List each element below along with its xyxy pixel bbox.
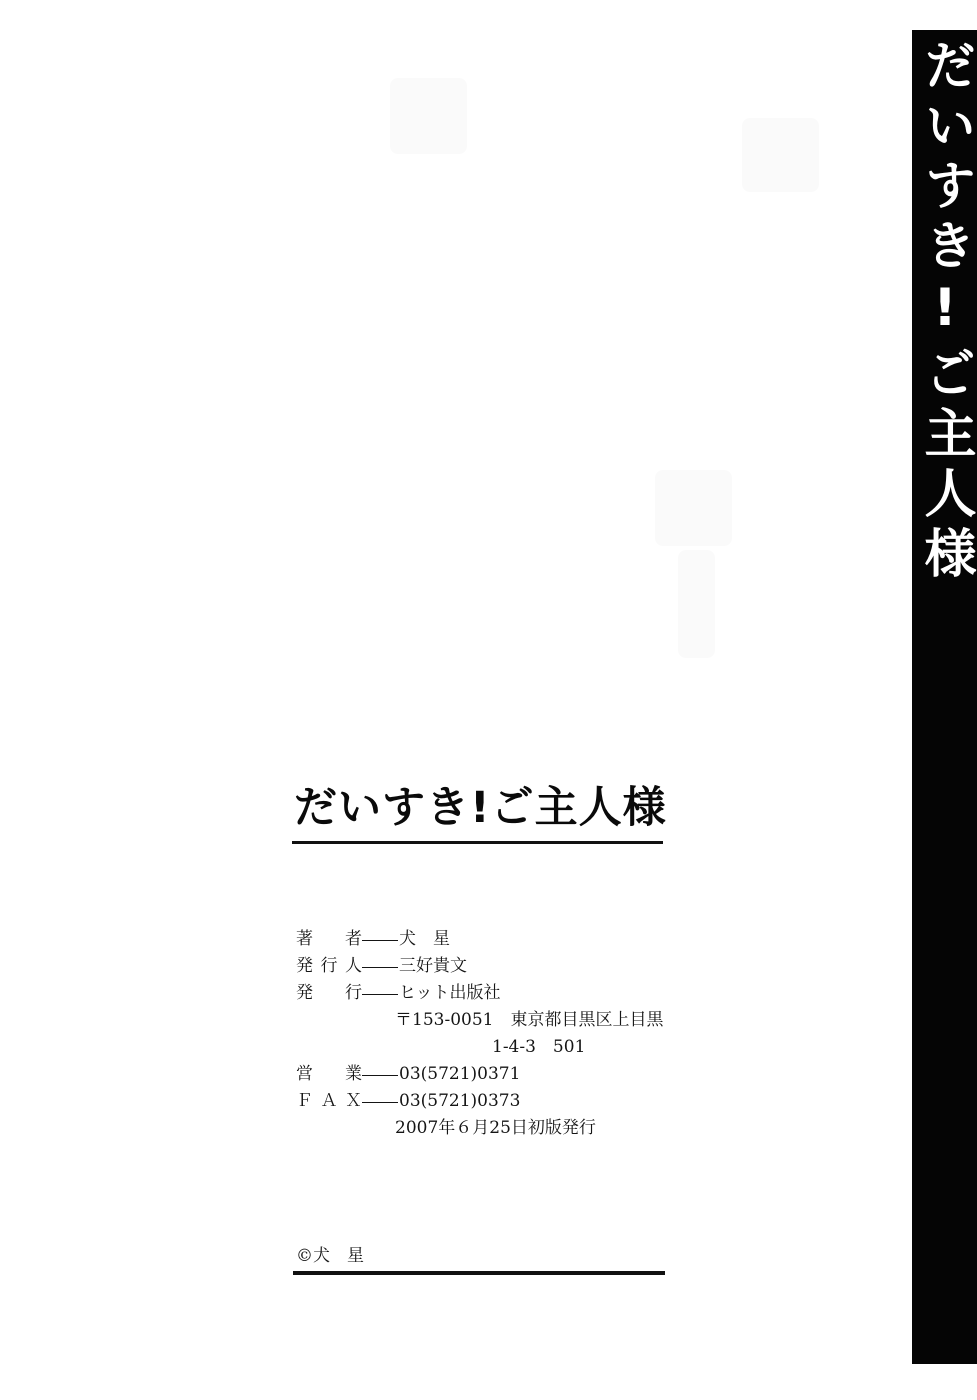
address-line-1: 〒153-0051 東京都目黒区上目黒 (395, 1007, 663, 1034)
address-line-2: 1-4-3 501 (492, 1034, 585, 1061)
author-label: 著 者 (296, 926, 362, 953)
leader-dash (362, 967, 398, 968)
fax-number: 03(5721)0373 (399, 1088, 520, 1115)
publication-date: 2007年６月25日初版発行 (395, 1115, 596, 1142)
copyright-notice: ©犬 星 (296, 1244, 364, 1268)
scan-artifact (678, 550, 715, 658)
spine-bar: だいすき!ご主人様 (912, 30, 977, 1364)
fax-label: ＦＡＸ (296, 1088, 362, 1115)
publisher-person-label: 発行人 (296, 953, 362, 980)
copyright-divider (293, 1271, 665, 1275)
book-title: だいすき!ご主人様 (294, 782, 674, 834)
spine-title: だいすき!ご主人様 (912, 38, 977, 586)
leader-dash (362, 1075, 398, 1076)
leader-dash (362, 1102, 398, 1103)
scan-artifact (390, 78, 467, 154)
leader-dash (362, 994, 398, 995)
leader-dash (362, 940, 398, 941)
title-divider (292, 841, 663, 844)
sales-label: 営 業 (296, 1061, 362, 1088)
scan-artifact (742, 118, 819, 192)
publisher-person-value: 三好貴文 (399, 953, 467, 980)
author-value: 犬 星 (399, 926, 450, 953)
publisher-label: 発 行 (296, 980, 362, 1007)
publisher-value: ヒット出版社 (399, 980, 501, 1007)
sales-phone: 03(5721)0371 (399, 1061, 520, 1088)
scan-artifact (655, 470, 732, 546)
